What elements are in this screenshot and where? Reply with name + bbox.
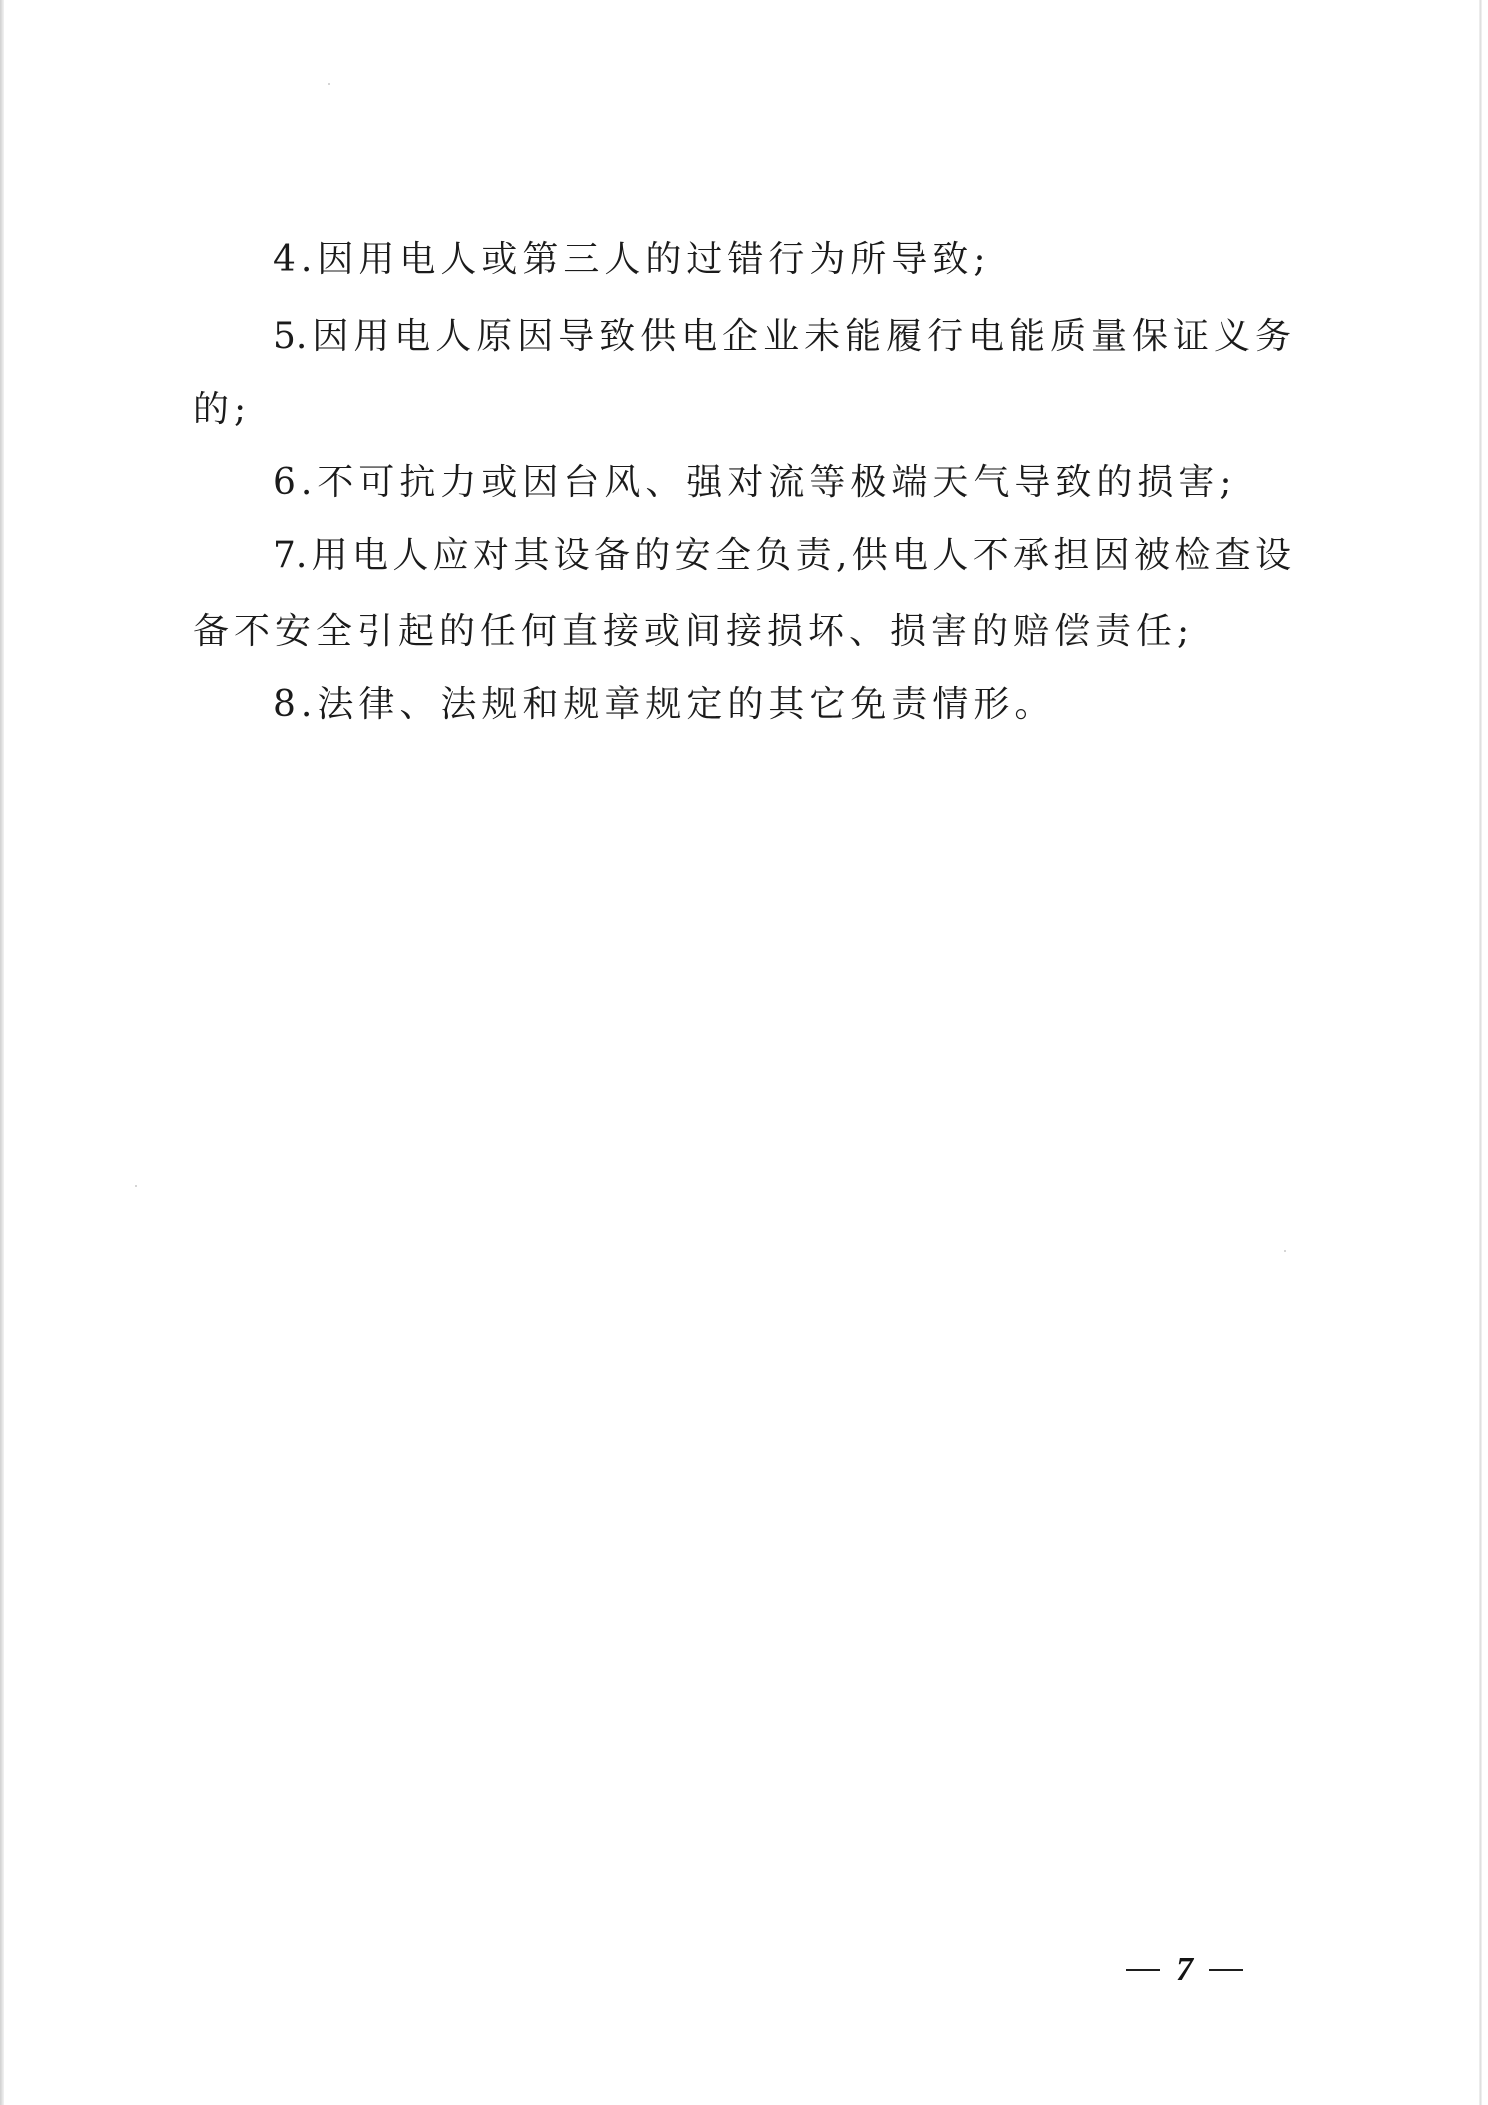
scan-edge-left — [0, 0, 4, 2105]
clause-5-line-2: 的; — [193, 386, 251, 434]
clause-6-line-1: 6.不可抗力或因台风、强对流等极端天气导致的损害; — [273, 459, 1236, 507]
clause-7-line-2: 备不安全引起的任何直接或间接损坏、损害的赔偿责任; — [193, 608, 1194, 656]
clause-4-line-1: 4.因用电人或第三人的过错行为所导致; — [273, 236, 990, 284]
page-number-dash-right — [1209, 1969, 1243, 1971]
page-number: 7 — [1126, 1950, 1243, 1990]
scan-speck — [1284, 1250, 1286, 1252]
scan-speck — [135, 1185, 137, 1187]
page-number-dash-left — [1126, 1969, 1160, 1971]
page-number-value: 7 — [1176, 1950, 1193, 1990]
clause-8-line-1: 8.法律、法规和规章规定的其它免责情形。 — [273, 681, 1055, 729]
scan-speck — [328, 83, 330, 85]
clause-7-line-1: 7.用电人应对其设备的安全负责,供电人不承担因被检查设 — [273, 532, 1291, 580]
scan-edge-right — [1479, 0, 1482, 2105]
clause-5-line-1: 5.因用电人原因导致供电企业未能履行电能质量保证义务 — [273, 313, 1291, 361]
